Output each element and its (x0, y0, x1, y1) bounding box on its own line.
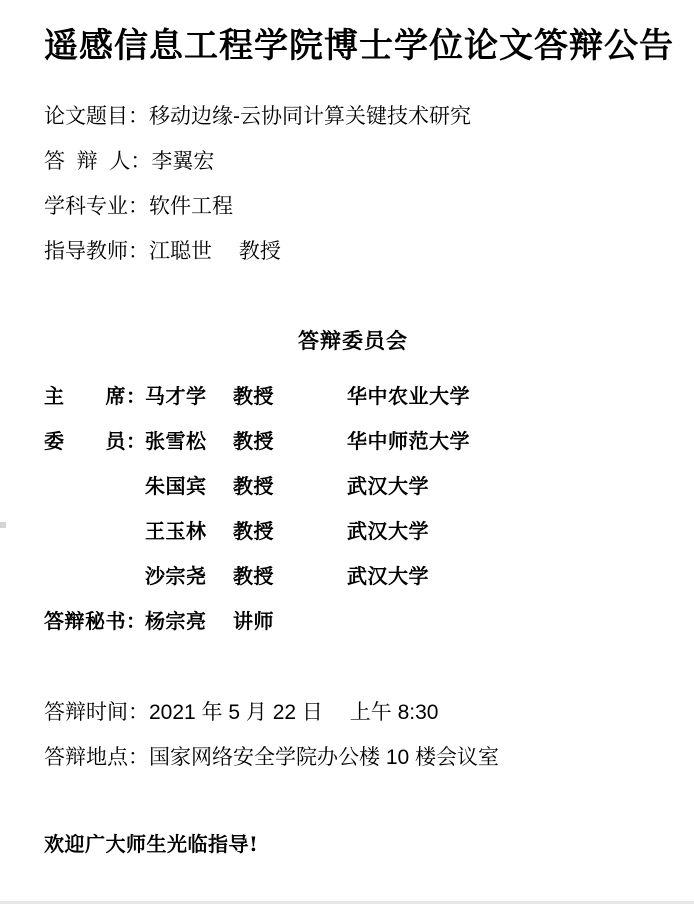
defense-time-line: 答辩时间： 2021 年 5 月 22 日 上午 8:30 (44, 688, 662, 733)
schedule-section: 答辩时间： 2021 年 5 月 22 日 上午 8:30 答辩地点： 国家网络… (44, 688, 662, 778)
major-value: 软件工程 (149, 190, 233, 220)
defense-location-line: 答辩地点： 国家网络安全学院办公楼 10 楼会议室 (44, 733, 662, 778)
table-row: 委 员： 张雪松 教授 华中师范大学 (44, 417, 662, 462)
advisor-line: 指导教师： 江聪世 教授 (44, 227, 662, 272)
committee-member-org: 武汉大学 (347, 560, 662, 589)
defense-time-label: 答辩时间： (44, 696, 149, 726)
defense-time-value: 2021 年 5 月 22 日 上午 8:30 (149, 696, 438, 726)
secretary-title: 讲师 (233, 605, 347, 634)
table-row: 朱国宾 教授 武汉大学 (44, 462, 662, 507)
defender-line: 答 辩 人： 李翼宏 (44, 137, 662, 182)
committee-member-name: 王玉林 (145, 515, 233, 544)
committee-member-name: 马才学 (145, 380, 233, 409)
thesis-info-section: 论文题目： 移动边缘-云协同计算关键技术研究 答 辩 人： 李翼宏 学科专业： … (44, 92, 662, 272)
thesis-title-line: 论文题目： 移动边缘-云协同计算关键技术研究 (44, 92, 662, 137)
committee-heading: 答辩委员会 (44, 317, 662, 362)
committee-member-org: 武汉大学 (347, 470, 662, 499)
major-line: 学科专业： 软件工程 (44, 182, 662, 227)
advisor-label: 指导教师： (44, 235, 149, 265)
committee-member-title: 教授 (233, 425, 347, 454)
committee-table: 主 席： 马才学 教授 华中农业大学 委 员： 张雪松 教授 华中师范大学 朱国… (44, 372, 662, 642)
major-label: 学科专业： (44, 190, 149, 220)
committee-member-title: 教授 (233, 515, 347, 544)
committee-role: 委 员： (44, 425, 145, 454)
committee-member-org: 华中师范大学 (347, 425, 662, 454)
committee-member-org: 武汉大学 (347, 515, 662, 544)
announcement-document: 遥感信息工程学院博士学位论文答辩公告 论文题目： 移动边缘-云协同计算关键技术研… (0, 22, 694, 865)
committee-member-title: 教授 (233, 560, 347, 589)
page-edge-artifact (0, 522, 6, 528)
table-row: 主 席： 马才学 教授 华中农业大学 (44, 372, 662, 417)
secretary-name: 杨宗亮 (145, 605, 233, 634)
secretary-label: 答辩秘书： (44, 605, 145, 634)
committee-member-title: 教授 (233, 380, 347, 409)
table-row: 沙宗尧 教授 武汉大学 (44, 552, 662, 597)
secretary-row: 答辩秘书： 杨宗亮 讲师 (44, 597, 662, 642)
welcome-message: 欢迎广大师生光临指导! (44, 820, 662, 865)
page-title: 遥感信息工程学院博士学位论文答辩公告 (44, 22, 662, 70)
advisor-value: 江聪世 教授 (149, 235, 281, 265)
committee-member-org: 华中农业大学 (347, 380, 662, 409)
thesis-title-label: 论文题目： (44, 100, 149, 130)
defender-value: 李翼宏 (151, 145, 214, 175)
table-row: 王玉林 教授 武汉大学 (44, 507, 662, 552)
defense-location-label: 答辩地点： (44, 741, 149, 771)
committee-member-title: 教授 (233, 470, 347, 499)
committee-role: 主 席： (44, 380, 145, 409)
committee-member-name: 朱国宾 (145, 470, 233, 499)
thesis-title-value: 移动边缘-云协同计算关键技术研究 (149, 100, 471, 130)
defense-location-value: 国家网络安全学院办公楼 10 楼会议室 (149, 741, 499, 771)
defender-label: 答 辩 人： (44, 145, 151, 175)
committee-member-name: 沙宗尧 (145, 560, 233, 589)
committee-member-name: 张雪松 (145, 425, 233, 454)
